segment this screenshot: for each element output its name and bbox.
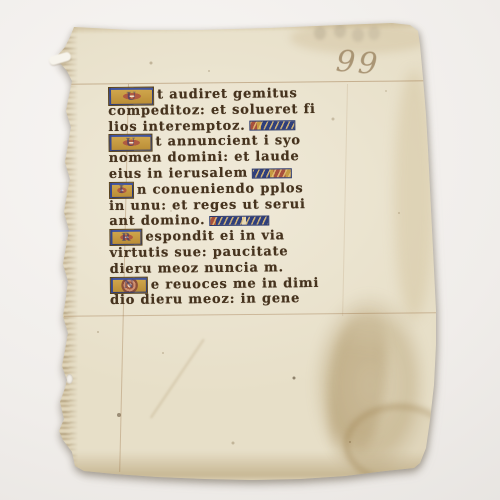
line-text: t audiret gemitus: [157, 86, 298, 103]
text-line: N e reuoces me in dimi: [110, 275, 354, 293]
faint-inscription: [314, 26, 326, 40]
line-text: e reuoces me in dimi: [151, 276, 319, 293]
line-filler: [252, 168, 292, 178]
line-text: ant domino.: [109, 213, 205, 230]
illuminated-initial: R: [109, 229, 142, 246]
bottom-edge-wear: [70, 452, 430, 478]
text-line: dio dieru meoz: in gene: [110, 291, 354, 309]
illuminated-initial: I: [109, 182, 134, 199]
leaf-shadow-wrap: 99 U t audiret gemitus compeditoz: et so…: [0, 0, 500, 500]
photo-backdrop: 99 U t audiret gemitus compeditoz: et so…: [0, 0, 500, 500]
line-text: eius in ierusalem: [109, 166, 248, 183]
sewing-hole: [66, 374, 73, 384]
line-filler: [250, 121, 296, 131]
folio-number: 99: [335, 44, 382, 83]
foxing-speckles: [0, 0, 2, 2]
text-block: U t audiret gemitus compeditoz: et solue…: [108, 86, 354, 309]
line-text: lios interemptoz.: [108, 118, 245, 135]
line-text: t annuncient i syo: [155, 134, 300, 151]
illuminated-initial: U: [108, 134, 152, 152]
illuminated-initial: U: [108, 87, 154, 106]
line-text: espondit ei in via: [145, 228, 284, 245]
ruling-line-top: [66, 80, 434, 85]
line-text: in unu: et reges ut serui: [109, 197, 306, 215]
stain-right-upper: [394, 70, 434, 320]
crease-mark: [150, 339, 204, 419]
line-text: n conueniendo pplos: [137, 181, 304, 198]
left-edge-wear: [56, 26, 82, 476]
line-text: virtutis sue: paucitate: [110, 244, 289, 262]
line-text: dio dieru meoz: in gene: [110, 292, 300, 310]
manuscript-leaf: 99 U t audiret gemitus compeditoz: et so…: [0, 0, 500, 500]
illuminated-initial: N: [110, 276, 148, 293]
line-filler: [209, 216, 269, 227]
line-text: dieru meoz nuncia m.: [110, 260, 284, 277]
